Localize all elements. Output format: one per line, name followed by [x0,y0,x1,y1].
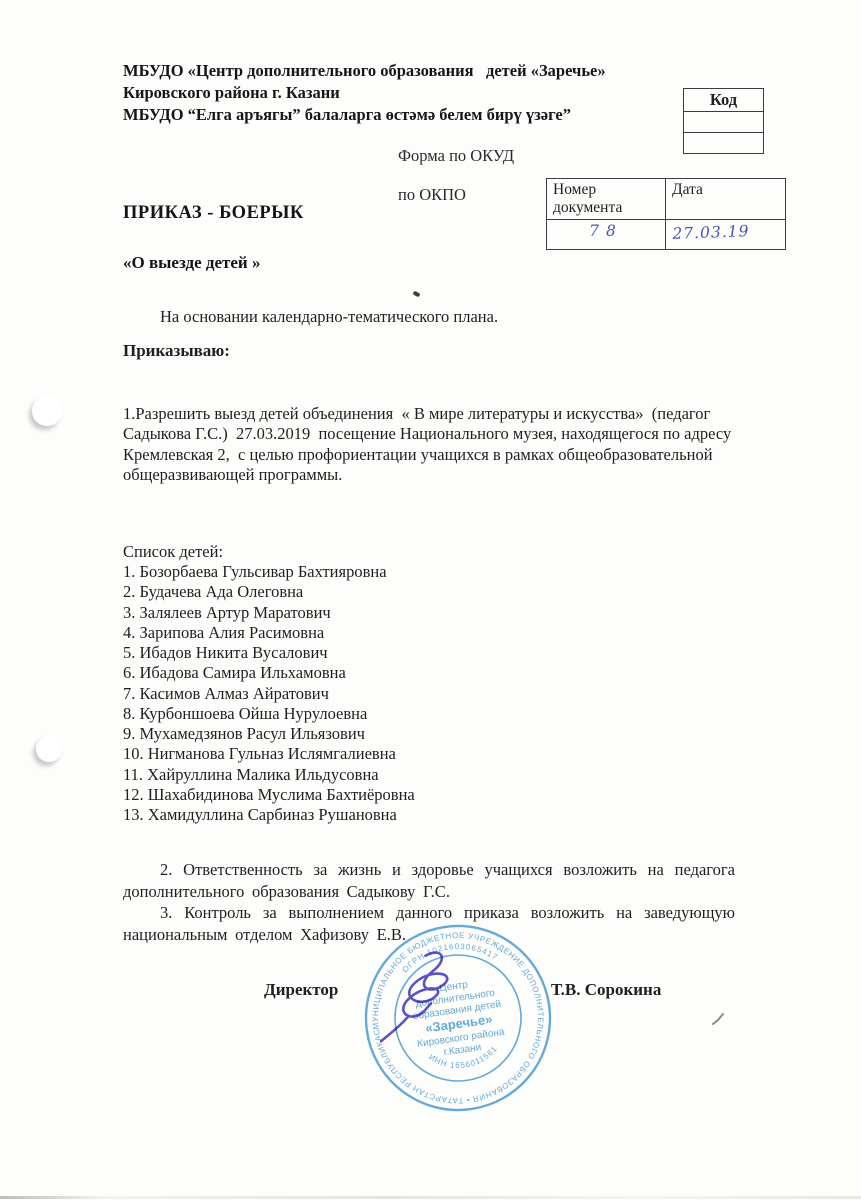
code-table: Код [683,88,764,154]
list-item: 6. Ибадова Самира Ильхамовна [123,663,415,683]
children-list: 1. Бозорбаева Гульсивар Бахтияровна 2. Б… [123,562,415,825]
director-signature [369,942,479,1043]
date-column-header: Дата [666,179,786,220]
list-item: 3. Залялеев Артур Маратович [123,603,415,623]
director-name: Т.В. Сорокина [551,980,661,1000]
ink-speck [412,291,420,298]
okpo-form-label: по ОКПО [398,185,466,205]
org-name-line-3: МБУДО “Елга аръягы” балаларга өстәмә бел… [123,105,571,125]
list-item: 4. Зарипова Алия Расимовна [123,623,415,643]
code-table-empty-cell-2 [684,132,763,153]
list-item: 1. Бозорбаева Гульсивар Бахтияровна [123,562,415,582]
okud-form-label: Форма по ОКУД [398,146,514,166]
pencil-tick-mark [710,1012,726,1026]
document-date-handwritten: 27.03.19 [665,217,786,251]
order-item-2: 2. Ответственность за жизнь и здоровье у… [123,859,735,902]
code-table-header: Код [684,89,763,111]
list-item: 12. Шахабидинова Муслима Бахтиёровна [123,785,415,805]
table-value-row: 78 27.03.19 [547,220,786,250]
basis-paragraph: На основании календарно-тематического пл… [160,307,498,327]
order-subject: «О выезде детей » [123,253,260,273]
list-item: 8. Курбоншоева Ойша Нурулоевна [123,704,415,724]
director-role-label: Директор [264,980,338,1000]
document-number-handwritten: 78 [547,220,666,250]
list-item: 13. Хамидуллина Сарбиназ Рушановна [123,805,415,825]
order-title: ПРИКАЗ - БОЕРЫК [123,203,304,224]
document-number-date-table: Номер документа Дата 78 27.03.19 [546,178,786,250]
list-item: 11. Хайруллина Малика Ильдусовна [123,765,415,785]
code-table-empty-cell-1 [684,111,763,132]
scan-artifact-crescent [36,736,62,762]
scan-bottom-edge-shadow [0,1196,861,1199]
scan-artifact-crescent [32,396,62,426]
children-list-title: Список детей: [123,542,223,562]
table-header-row: Номер документа Дата [547,179,786,220]
list-item: 9. Мухамедзянов Расул Ильязович [123,724,415,744]
list-item: 7. Касимов Алмаз Айратович [123,684,415,704]
number-column-header: Номер документа [547,179,666,220]
org-name-line-1: МБУДО «Центр дополнительного образования… [123,61,606,81]
order-item-1: 1.Разрешить выезд детей объединения « В … [123,404,757,486]
decree-word: Приказываю: [123,341,230,361]
list-item: 10. Нигманова Гульназ Ислямгалиевна [123,744,415,764]
org-name-line-2: Кировского района г. Казани [123,83,340,103]
scanned-order-document: МБУДО «Центр дополнительного образования… [0,0,861,1200]
list-item: 2. Будачева Ада Олеговна [123,582,415,602]
list-item: 5. Ибадов Никита Вусалович [123,643,415,663]
